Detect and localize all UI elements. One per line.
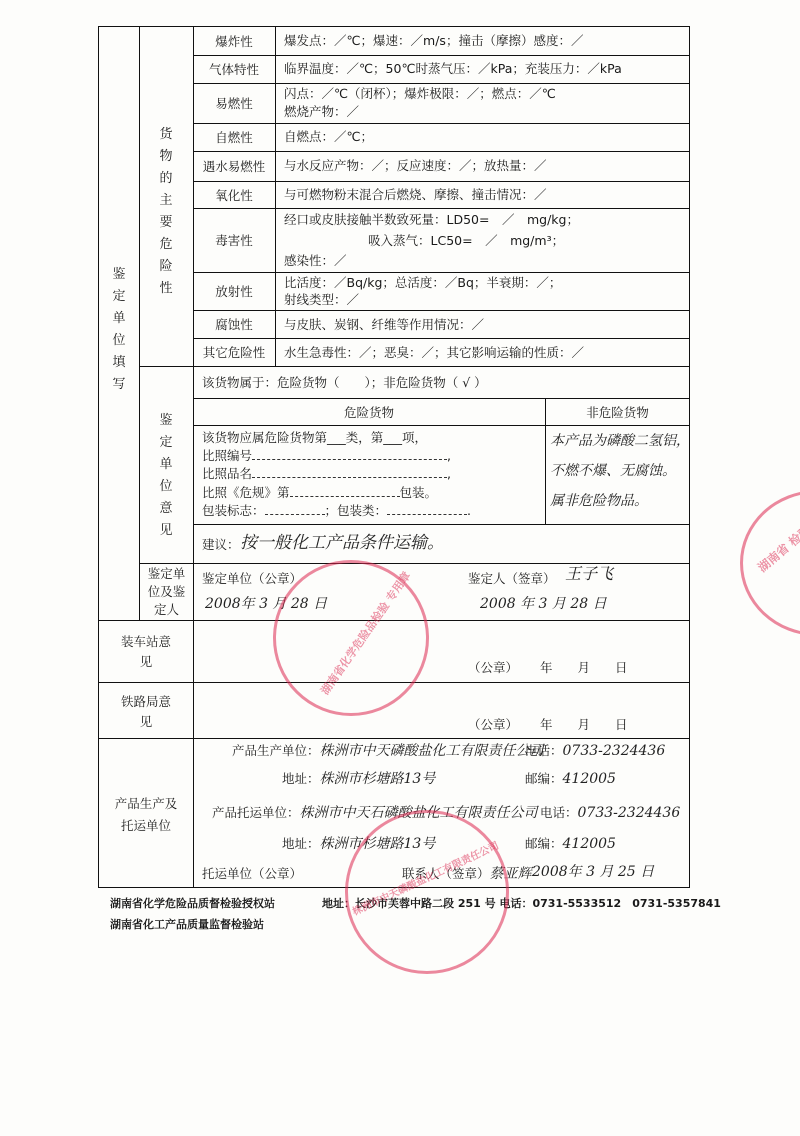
hazard-detail: 与水反应产物：／；反应速度：／；放热量：／ [284, 158, 547, 173]
dg-rule-suffix: 包装。 [400, 485, 438, 500]
shipper-unit-label: 产品托运单位： [212, 805, 300, 820]
shipper-zip: 邮编：412005 [525, 836, 616, 852]
producer-unit: 株洲市中天磷酸盐化工有限责任公司 [320, 743, 544, 759]
dg-name-label: 比照品名, [202, 466, 451, 481]
hazard-detail: 自燃点：／℃； [284, 129, 373, 144]
side-label-producer-shipper: 产品生产及托运单位 [104, 780, 188, 850]
shipper-phone-label: 电话： [540, 805, 578, 820]
appraiser-person-date: 2008 年 3 月 28 日 [480, 597, 607, 612]
nondangerous-goods-header: 非危险货物 [545, 398, 690, 425]
hazard-detail: 临界温度：／℃；50℃时蒸气压：／kPa；充装压力：／kPa [284, 61, 622, 76]
shipper-phone: 电话：0733-2324436 [540, 805, 680, 821]
classification-statement: 该货物属于：危险货物（ ）；非危险货物（ √ ） [202, 375, 487, 390]
divider [98, 738, 690, 739]
dangerous-goods-header: 危险货物 [193, 398, 545, 425]
loading-station-seal: （公章） [468, 660, 518, 675]
appraiser-person-label: 鉴定人（签章） [468, 571, 556, 586]
dg-number-text: 比照编号 [202, 448, 252, 463]
hazard-name: 腐蚀性 [193, 310, 275, 338]
hazard-detail: 吸入蒸气：LC50= ／ mg/m³； [368, 233, 564, 248]
hazard-name: 易燃性 [193, 83, 275, 123]
appraiser-unit-date: 2008年 3 月 28 日 [205, 597, 327, 612]
divider [193, 524, 690, 525]
hazard-detail: 水生急毒性：／；恶臭：／；其它影响运输的性质：／ [284, 345, 584, 360]
suggestion-text: 按一般化工产品条件运输。 [240, 533, 444, 553]
shipper-unit: 株洲市中天石磷酸盐化工有限责任公司 [300, 805, 538, 821]
shipper-address: 地址：株洲市杉塘路13号 [282, 836, 435, 852]
hazard-detail: 经口或皮肤接触半数致死量：LD50= ／ mg/kg； [284, 212, 579, 227]
railway-bureau-seal: （公章） [468, 717, 518, 732]
dg-name-text: 比照品名 [202, 466, 252, 481]
producer-addr-label: 地址： [282, 771, 320, 786]
footer-station-1: 湖南省化学危险品质督检验授权站 [110, 895, 275, 911]
hazard-name: 其它危险性 [193, 338, 275, 366]
side-label-loading-station: 装车站意见 [104, 630, 188, 674]
side-label-appraisal-opinion: 鉴定单位意见 [158, 410, 174, 542]
producer-phone-label: 电话： [525, 743, 563, 758]
seal-edge-text: 湖南省 检验 [754, 521, 800, 575]
appraiser-signature: 王子飞 [565, 566, 613, 581]
hazard-detail: 与皮肤、炭钢、纤维等作用情况：／ [284, 317, 484, 332]
shipper-addr-value: 株洲市杉塘路13号 [320, 836, 436, 852]
side-label-appraisal-fill: 鉴定单位填写 [111, 264, 127, 396]
divider [275, 26, 276, 366]
shipper-line: 产品托运单位：株洲市中天石磷酸盐化工有限责任公司 [212, 805, 538, 821]
hazard-name: 放射性 [193, 272, 275, 310]
hazard-detail: 射线类型：／ [284, 292, 359, 307]
shipper-contact-sign: 蔡亚辉 [490, 866, 532, 882]
dg-packaging-class: ；包装类： [325, 503, 388, 518]
producer-phone-value: 0733-2324436 [563, 743, 666, 759]
producer-addr-value: 株洲市杉塘路13号 [320, 771, 436, 787]
hazard-name: 遇水易燃性 [193, 151, 275, 181]
nondangerous-note-line: 属非危险物品。 [550, 494, 648, 509]
appraisal-form: 鉴定单位填写 货物的主要危险性 鉴定单位意见 鉴定单位及鉴定人 装车站意见 铁路… [0, 0, 800, 1136]
hazard-name: 毒害性 [193, 208, 275, 272]
nondangerous-note-line: 本产品为磷酸二氢铝， [550, 434, 690, 449]
producer-phone: 电话：0733-2324436 [525, 743, 665, 759]
side-label-appraiser: 鉴定单位及鉴定人 [140, 564, 193, 620]
dg-number-label: 比照编号, [202, 448, 451, 463]
dg-class-line: 该货物应属危险货物第___类，第___项， [202, 430, 427, 445]
shipper-seal-label: 托运单位（公章） [202, 866, 302, 881]
dg-rule-text: 比照《危规》第 [202, 485, 290, 500]
hazard-detail: 比活度：／Bq/kg；总活度：／Bq；半衰期：／； [284, 275, 561, 290]
side-label-railway-bureau: 铁路局意见 [104, 690, 188, 734]
hazard-name: 气体特性 [193, 55, 275, 83]
producer-address: 地址：株洲市杉塘路13号 [282, 771, 435, 787]
dg-packaging-text: 包装标志： [202, 503, 265, 518]
shipper-zip-label: 邮编： [525, 836, 563, 851]
dg-rule-label: 比照《危规》第包装。 [202, 485, 437, 500]
divider [139, 26, 140, 620]
shipper-phone-value: 0733-2324436 [578, 805, 681, 821]
hazard-name: 自燃性 [193, 123, 275, 151]
hazard-detail: 闪点：／℃（闭杯）；爆炸极限：／；燃点：／℃ [284, 86, 556, 101]
hazard-detail: 爆发点：／℃；爆速：／m/s；撞击（摩擦）感度：／ [284, 33, 583, 48]
side-label-main-hazards: 货物的主要危险性 [158, 124, 174, 300]
shipper-zip-value: 412005 [563, 836, 616, 852]
producer-zip-label: 邮编： [525, 771, 563, 786]
loading-station-date: 年 月 日 [540, 660, 628, 675]
shipper-addr-label: 地址： [282, 836, 320, 851]
hazard-name: 氧化性 [193, 181, 275, 208]
hazard-detail: 感染性：／ [284, 253, 347, 268]
divider [98, 682, 690, 683]
footer-station-2: 湖南省化工产品质量监督检验站 [110, 916, 264, 932]
railway-bureau-date: 年 月 日 [540, 717, 628, 732]
shipper-date: 2008年 3 月 25 日 [532, 865, 654, 880]
suggestion-label: 建议： [202, 537, 240, 552]
divider [193, 425, 690, 426]
producer-line: 产品生产单位：株洲市中天磷酸盐化工有限责任公司 [232, 743, 544, 759]
dg-packaging-label: 包装标志：；包装类：. [202, 503, 471, 518]
hazard-detail: 燃烧产物：／ [284, 104, 359, 119]
hazard-name: 爆炸性 [193, 26, 275, 55]
producer-zip: 邮编：412005 [525, 771, 616, 787]
divider [139, 366, 690, 367]
divider [98, 620, 690, 621]
hazard-detail: 与可燃物粉末混合后燃烧、摩擦、撞击情况：／ [284, 187, 547, 202]
appraiser-unit-label: 鉴定单位（公章） [202, 571, 302, 586]
nondangerous-note-line: 不燃不爆、无腐蚀。 [550, 464, 676, 479]
producer-unit-label: 产品生产单位： [232, 743, 320, 758]
producer-zip-value: 412005 [563, 771, 616, 787]
